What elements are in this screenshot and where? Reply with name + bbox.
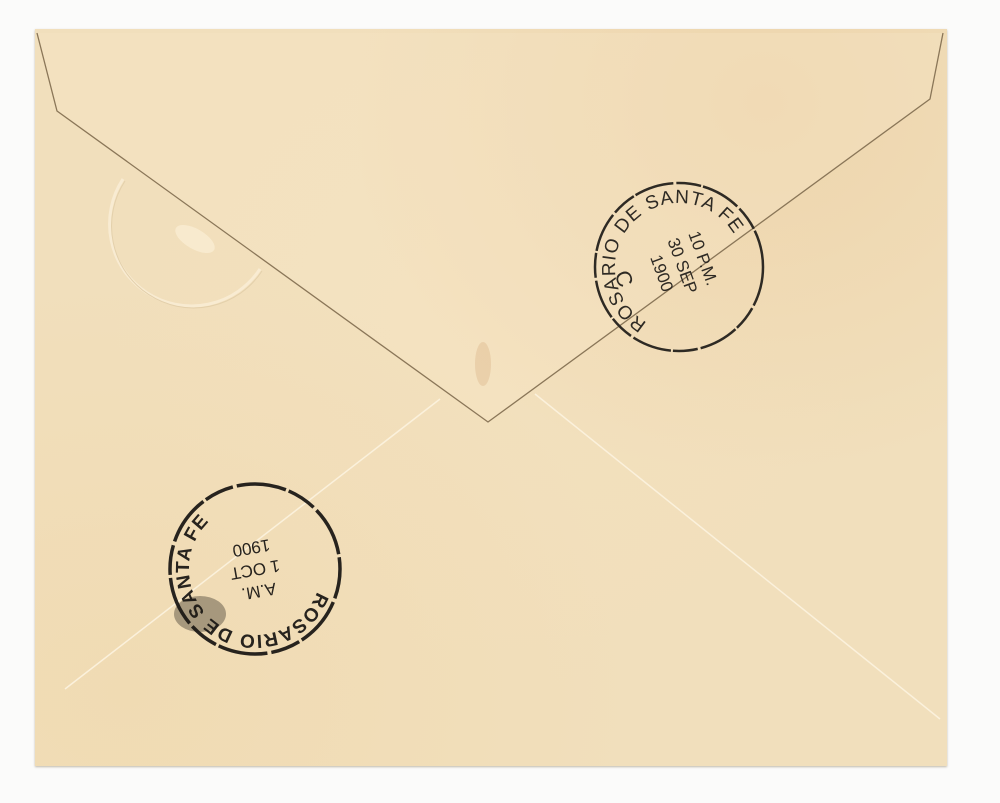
envelope-back: ROSARIO DE SANTA FE 10 P.M. 30 SEP 1900 … (35, 29, 947, 766)
svg-text:ROSARIO DE SANTA FE: ROSARIO DE SANTA FE (589, 177, 753, 356)
postmark-lower-left: ROSARIO DE SANTA FE A.M. 1 OCT 1900 (160, 474, 350, 664)
svg-text:1900: 1900 (231, 535, 272, 560)
postmark-upper-right: ROSARIO DE SANTA FE 10 P.M. 30 SEP 1900 … (589, 177, 769, 357)
svg-text:A.M.: A.M. (240, 579, 278, 604)
